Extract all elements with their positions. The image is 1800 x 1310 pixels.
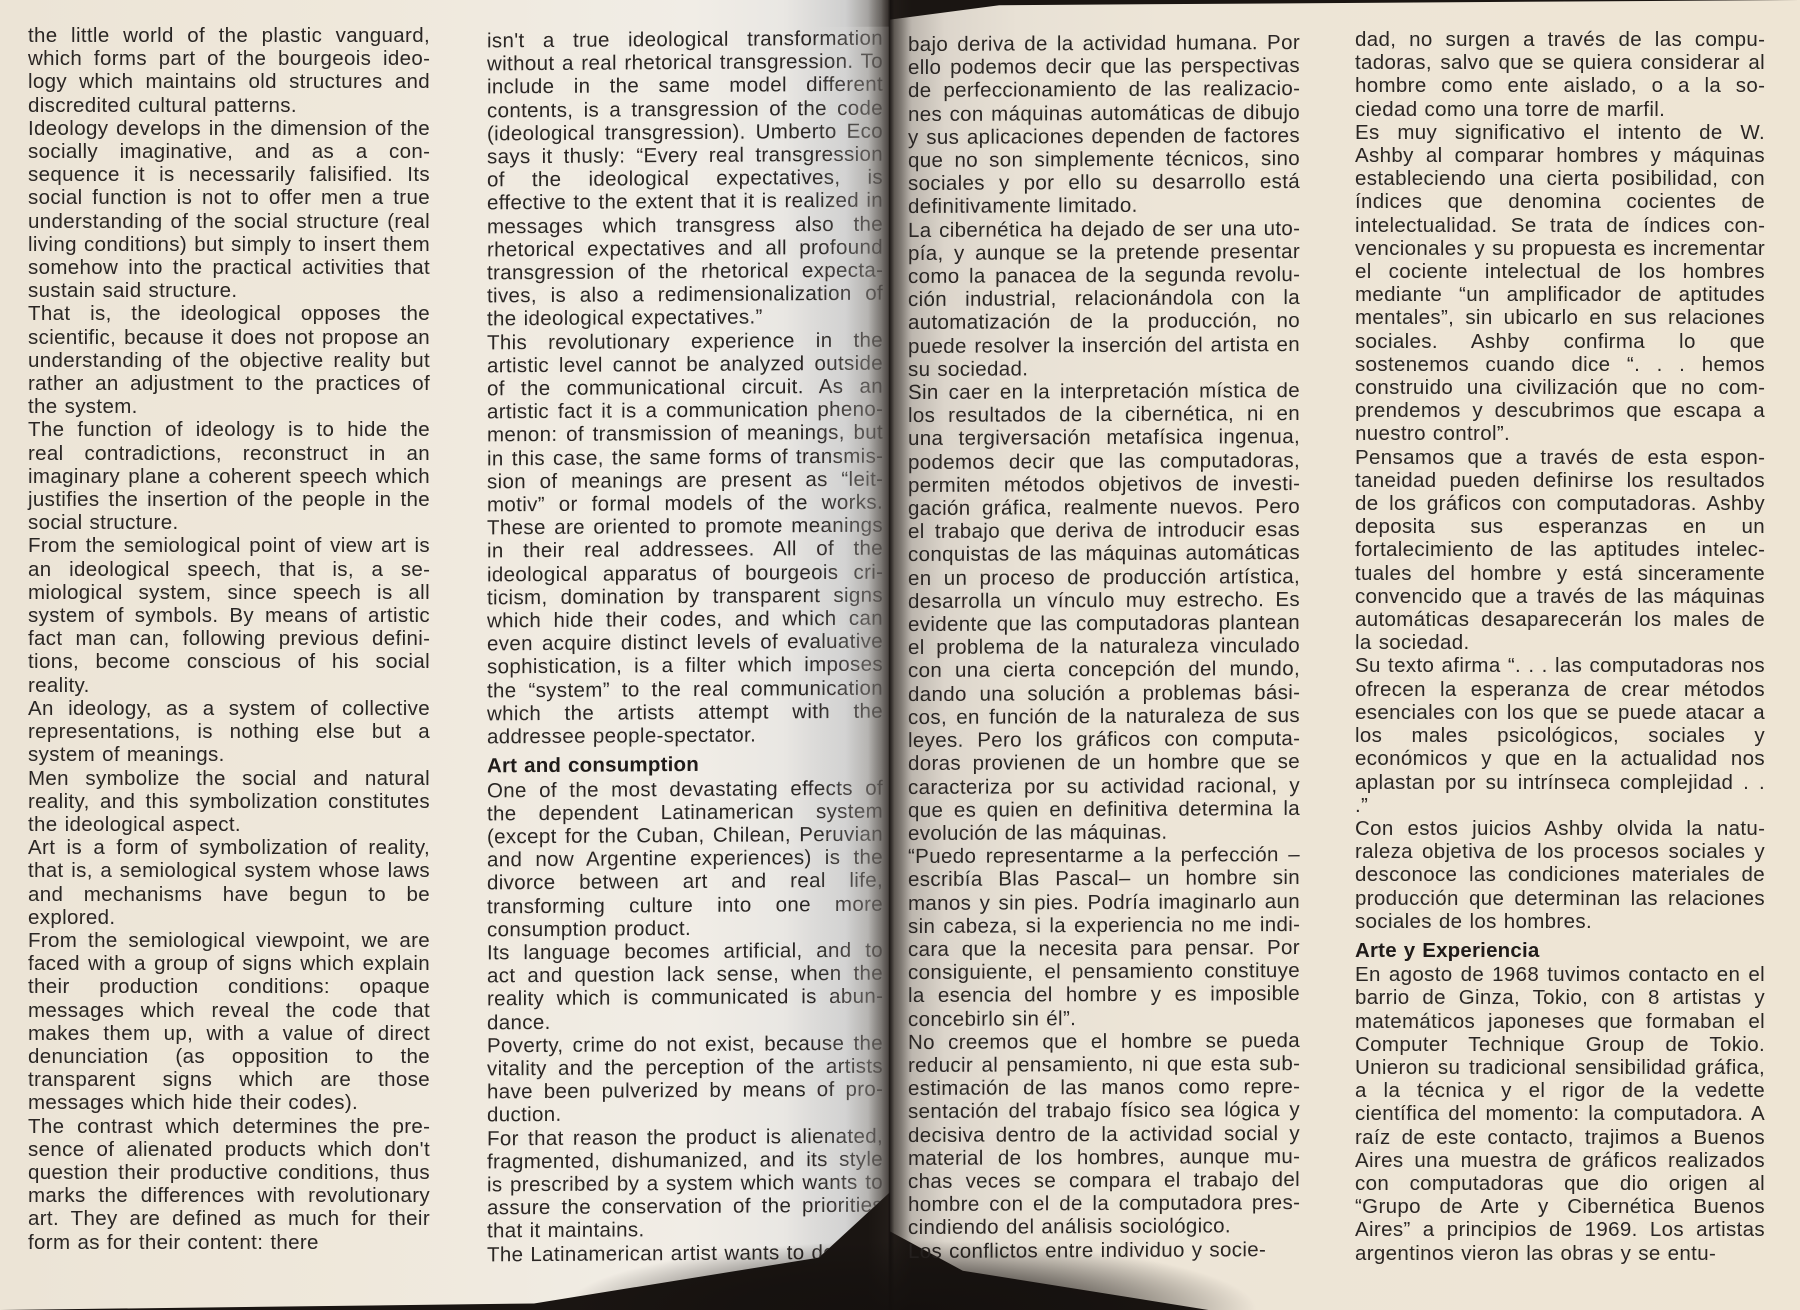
paragraph: An ideology, as a system of collective r… [28,697,430,767]
paragraph: Art is a form of symbolization of realit… [28,836,430,929]
paragraph: The Latinamerican artist wants to des- [487,1240,883,1266]
paragraph: One of the most devastating effects of t… [487,776,883,941]
paragraph: En agosto de 1968 tuvimos contacto en el… [1355,963,1765,1265]
paragraph: Poverty, crime do not exist, because the… [487,1031,883,1127]
paragraph: the little world of the plastic vanguard… [28,24,430,117]
paragraph: The contrast which determines the pre­se… [28,1115,430,1254]
column-2-english: isn't a true ideological transformation … [487,27,883,1267]
column-1-english: the little world of the plastic vanguard… [28,24,430,1254]
paragraph: Los conflictos entre individuo y socie- [908,1238,1300,1263]
paragraph: Its language becomes artificial, and to … [487,939,883,1035]
column-3-spanish: bajo deriva de la actividad humana. Por … [908,31,1300,1263]
section-heading-arte-y-experiencia: Arte y Experiencia [1355,939,1765,962]
paragraph: Con estos juicios Ashby olvida la natu­r… [1355,817,1765,933]
paragraph: The function of ideology is to hide the … [28,418,430,534]
paragraph: From the semiological point of view art … [28,534,430,696]
paragraph: That is, the ideological opposes the sci… [28,302,430,418]
section-heading-art-and-consumption: Art and consumption [487,752,883,778]
paragraph: This revolutionary experience in the art… [487,328,883,748]
paragraph: “Puedo representarme a la perfección –es… [908,843,1300,1031]
paragraph: Sin caer en la interpretación mística de… [908,379,1300,845]
paragraph: dad, no surgen a través de las compu­tad… [1355,28,1765,121]
paragraph: La cibernética ha dejado de ser una uto­… [908,217,1300,381]
paragraph: Men symbolize the social and natural rea… [28,767,430,837]
paragraph: From the semiological viewpoint, we are … [28,929,430,1115]
paragraph: Ideology develops in the dimension of th… [28,117,430,303]
paragraph: bajo deriva de la actividad humana. Por … [908,31,1300,219]
paragraph: No creemos que el hombre se pueda reduci… [908,1029,1300,1240]
paragraph: Es muy significativo el intento de W. As… [1355,121,1765,446]
paragraph: Su texto afirma “. . . las computadoras … [1355,654,1765,816]
paragraph: isn't a true ideological transformation … [487,27,883,331]
column-4-spanish: dad, no surgen a través de las compu­tad… [1355,28,1765,1265]
left-page: the little world of the plastic vanguard… [0,0,890,1310]
book-spread: the little world of the plastic vanguard… [0,0,1800,1310]
paragraph: Pensamos que a través de esta espon­tane… [1355,446,1765,655]
paragraph: For that reason the product is alienated… [487,1124,883,1243]
